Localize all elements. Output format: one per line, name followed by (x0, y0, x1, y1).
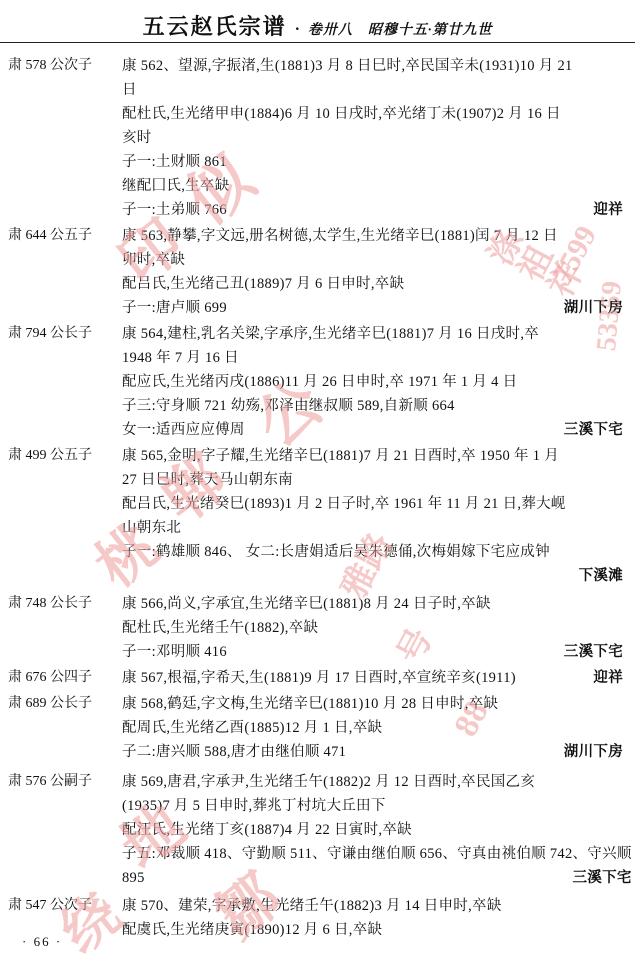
entry-line-text: 1948 年 7 月 16 日 (122, 346, 239, 370)
entry-line: 子一:唐卢顺 699湖川下房 (122, 296, 623, 320)
entry-line-text: 继配囗氏,生卒缺 (122, 174, 230, 198)
entry-line: 继配囗氏,生卒缺 (122, 174, 623, 198)
entry-line-text: 配汪氏,生光绪丁亥(1887)4 月 22 日寅时,卒缺 (122, 818, 412, 842)
entry-body: 康 564,建柱,乳名关梁,字承序,生光绪辛巳(1881)7 月 16 日戌时,… (122, 322, 635, 442)
entry-line-text: 子五:邓裁顺 418、守勤顺 511、守谦由继伯顺 656、守真由祧伯顺 742… (122, 842, 632, 866)
entry-line: 配杜氏,生光绪壬午(1882),卒缺 (122, 616, 623, 640)
entry-body: 康 566,尚义,字承宜,生光绪辛巳(1881)8 月 24 日子时,卒缺配杜氏… (122, 592, 635, 664)
entry-father-label: 肃 794 公长子 (0, 322, 122, 346)
entry-line: 子一:土财顺 861 (122, 150, 623, 174)
volume-subtitle: 卷卅八 昭穆十五·第廿九世 (308, 23, 493, 38)
entry-line-text: 配杜氏,生光绪甲申(1884)6 月 10 日戌时,卒光绪丁未(1907)2 月… (122, 102, 561, 126)
entry-father-label: 肃 689 公长子 (0, 692, 122, 716)
entry-line: 895三溪下宅 (122, 866, 632, 890)
entry-line-text: (1935)7 月 5 日申时,葬兆丁村坑大丘田下 (122, 794, 386, 818)
entry-father-label: 肃 644 公五子 (0, 224, 122, 248)
entry-line: 康 565,金明,字子耀,生光绪辛巳(1881)7 月 21 日酉时,卒 195… (122, 444, 623, 468)
page-number: · 66 · (22, 934, 62, 950)
entry-line: (1935)7 月 5 日申时,葬兆丁村坑大丘田下 (122, 794, 632, 818)
entry-line-text: 康 564,建柱,乳名关梁,字承序,生光绪辛巳(1881)7 月 16 日戌时,… (122, 322, 539, 346)
entry-line-text: 子一:鹤雄顺 846、 女二:长唐娟适后吴朱德俑,次梅娟嫁下宅应成钟 (122, 540, 550, 564)
entry-line-text: 子一:唐卢顺 699 (122, 296, 227, 320)
entry-father-label: 肃 576 公嗣子 (0, 770, 122, 794)
entry-line: 配杜氏,生光绪甲申(1884)6 月 10 日戌时,卒光绪丁未(1907)2 月… (122, 102, 623, 126)
entry-body: 康 570、建荣,字承敷,生光绪壬午(1882)3 月 14 日申时,卒缺配虞氏… (122, 894, 635, 942)
entry-line-text: 配应氏,生光绪丙戌(1886)11 月 26 日申时,卒 1971 年 1 月 … (122, 370, 517, 394)
entry-father-label: 肃 547 公次子 (0, 894, 122, 918)
title-separator: · (295, 21, 300, 38)
entry-line: 配吕氏,生光绪癸巳(1893)1 月 2 日子时,卒 1961 年 11 月 2… (122, 492, 623, 516)
genealogy-page: 五云赵氏宗谱 · 卷卅八 昭穆十五·第廿九世 肃 578 公次子康 562、望源… (0, 0, 635, 968)
entry-line-text: 子一:土弟顺 766 (122, 198, 227, 222)
entry-line: 山朝东北 (122, 516, 623, 540)
entry-row: 肃 547 公次子康 570、建荣,字承敷,生光绪壬午(1882)3 月 14 … (0, 894, 635, 942)
entry-line: 配汪氏,生光绪丁亥(1887)4 月 22 日寅时,卒缺 (122, 818, 632, 842)
entry-line-text: 配吕氏,生光绪己丑(1889)7 月 6 日申时,卒缺 (122, 272, 404, 296)
branch-tag: 三溪下宅 (564, 866, 631, 890)
branch-tag: 下溪滩 (571, 564, 623, 588)
entry-father-label: 肃 748 公长子 (0, 592, 122, 616)
entry-line: 康 564,建柱,乳名关梁,字承序,生光绪辛巳(1881)7 月 16 日戌时,… (122, 322, 623, 346)
branch-tag: 三溪下宅 (556, 418, 623, 442)
entry-body: 康 565,金明,字子耀,生光绪辛巳(1881)7 月 21 日酉时,卒 195… (122, 444, 635, 588)
entry-body: 康 569,唐君,字承尹,生光绪壬午(1882)2 月 12 日酉时,卒民国乙亥… (122, 770, 635, 890)
entry-row: 肃 499 公五子康 565,金明,字子耀,生光绪辛巳(1881)7 月 21 … (0, 444, 635, 588)
entry-line: 配应氏,生光绪丙戌(1886)11 月 26 日申时,卒 1971 年 1 月 … (122, 370, 623, 394)
branch-tag: 湖川下房 (556, 740, 623, 764)
entry-line-text: 子三:守身顺 721 幼殇,邓泽由继叔顺 589,自新顺 664 (122, 394, 455, 418)
entry-line-text: 子二:唐兴顺 588,唐才由继伯顺 471 (122, 740, 346, 764)
entry-line: 日 (122, 78, 623, 102)
entry-row: 肃 676 公四子康 567,根福,字希天,生(1881)9 月 17 日酉时,… (0, 666, 635, 690)
entry-line-text: 配杜氏,生光绪壬午(1882),卒缺 (122, 616, 318, 640)
genealogy-entries: 肃 578 公次子康 562、望源,字振渚,生(1881)3 月 8 日巳时,卒… (0, 54, 635, 944)
entry-body: 康 567,根福,字希天,生(1881)9 月 17 日酉时,卒宣统辛亥(191… (122, 666, 635, 690)
entry-line: 子一:土弟顺 766迎祥 (122, 198, 623, 222)
entry-line: 子三:守身顺 721 幼殇,邓泽由继叔顺 589,自新顺 664 (122, 394, 623, 418)
entry-line-text: 配吕氏,生光绪癸巳(1893)1 月 2 日子时,卒 1961 年 11 月 2… (122, 492, 566, 516)
entry-line: 子一:邓明顺 416三溪下宅 (122, 640, 623, 664)
entry-father-label: 肃 676 公四子 (0, 666, 122, 690)
entry-line-text: 子一:土财顺 861 (122, 150, 227, 174)
header-rule (0, 42, 635, 43)
entry-line: 康 568,鹤廷,字文梅,生光绪辛巳(1881)10 月 28 日申时,卒缺 (122, 692, 623, 716)
entry-line-text: 康 566,尚义,字承宜,生光绪辛巳(1881)8 月 24 日子时,卒缺 (122, 592, 491, 616)
entry-row: 肃 576 公嗣子康 569,唐君,字承尹,生光绪壬午(1882)2 月 12 … (0, 770, 635, 890)
entry-line-text: 康 563,静攀,字文远,册名树德,太学生,生光绪辛巳(1881)闰 7 月 1… (122, 224, 558, 248)
branch-tag: 迎祥 (585, 666, 623, 690)
entry-line: 子五:邓裁顺 418、守勤顺 511、守谦由继伯顺 656、守真由祧伯顺 742… (122, 842, 632, 866)
branch-tag: 湖川下房 (556, 296, 623, 320)
entry-line: 配吕氏,生光绪己丑(1889)7 月 6 日申时,卒缺 (122, 272, 623, 296)
entry-line-text: 27 日巳时,葬天马山朝东南 (122, 468, 293, 492)
entry-father-label: 肃 499 公五子 (0, 444, 122, 468)
entry-row: 肃 748 公长子康 566,尚义,字承宜,生光绪辛巳(1881)8 月 24 … (0, 592, 635, 664)
entry-line-text: 配周氏,生光绪乙酉(1885)12 月 1 日,卒缺 (122, 716, 382, 740)
entry-line: 康 570、建荣,字承敷,生光绪壬午(1882)3 月 14 日申时,卒缺 (122, 894, 623, 918)
entry-line: 女一:适西应应傅周三溪下宅 (122, 418, 623, 442)
entry-line-text: 康 570、建荣,字承敷,生光绪壬午(1882)3 月 14 日申时,卒缺 (122, 894, 502, 918)
entry-line: 子一:鹤雄顺 846、 女二:长唐娟适后吴朱德俑,次梅娟嫁下宅应成钟 (122, 540, 623, 564)
entry-line: 亥时 (122, 126, 623, 150)
branch-tag: 迎祥 (585, 198, 623, 222)
entry-line: 康 563,静攀,字文远,册名树德,太学生,生光绪辛巳(1881)闰 7 月 1… (122, 224, 623, 248)
entry-row: 肃 578 公次子康 562、望源,字振渚,生(1881)3 月 8 日巳时,卒… (0, 54, 635, 222)
entry-body: 康 562、望源,字振渚,生(1881)3 月 8 日巳时,卒民国辛未(1931… (122, 54, 635, 222)
entry-line-text: 康 567,根福,字希天,生(1881)9 月 17 日酉时,卒宣统辛亥(191… (122, 666, 516, 690)
entry-line: 27 日巳时,葬天马山朝东南 (122, 468, 623, 492)
entry-line: 1948 年 7 月 16 日 (122, 346, 623, 370)
entry-line-text: 康 568,鹤廷,字文梅,生光绪辛巳(1881)10 月 28 日申时,卒缺 (122, 692, 498, 716)
entry-line-text: 配虞氏,生光绪庚寅(1890)12 月 6 日,卒缺 (122, 918, 382, 942)
entry-line: 康 566,尚义,字承宜,生光绪辛巳(1881)8 月 24 日子时,卒缺 (122, 592, 623, 616)
entry-row: 肃 689 公长子康 568,鹤廷,字文梅,生光绪辛巳(1881)10 月 28… (0, 692, 635, 764)
branch-tag: 三溪下宅 (556, 640, 623, 664)
entry-line: 配周氏,生光绪乙酉(1885)12 月 1 日,卒缺 (122, 716, 623, 740)
page-header: 五云赵氏宗谱 · 卷卅八 昭穆十五·第廿九世 (0, 10, 635, 41)
entry-father-label: 肃 578 公次子 (0, 54, 122, 78)
entry-body: 康 563,静攀,字文远,册名树德,太学生,生光绪辛巳(1881)闰 7 月 1… (122, 224, 635, 320)
entry-line: 子二:唐兴顺 588,唐才由继伯顺 471湖川下房 (122, 740, 623, 764)
entry-line-text: 亥时 (122, 126, 152, 150)
entry-line-text: 康 569,唐君,字承尹,生光绪壬午(1882)2 月 12 日酉时,卒民国乙亥 (122, 770, 535, 794)
entry-line: 下溪滩 (122, 564, 623, 588)
entry-line: 卯时,卒缺 (122, 248, 623, 272)
entry-line-text: 卯时,卒缺 (122, 248, 185, 272)
entry-line-text: 康 565,金明,字子耀,生光绪辛巳(1881)7 月 21 日酉时,卒 195… (122, 444, 559, 468)
entry-line: 康 567,根福,字希天,生(1881)9 月 17 日酉时,卒宣统辛亥(191… (122, 666, 623, 690)
entry-line-text: 康 562、望源,字振渚,生(1881)3 月 8 日巳时,卒民国辛未(1931… (122, 54, 573, 78)
entry-line-text: 895 (122, 866, 145, 890)
entry-line-text: 山朝东北 (122, 516, 181, 540)
entry-body: 康 568,鹤廷,字文梅,生光绪辛巳(1881)10 月 28 日申时,卒缺配周… (122, 692, 635, 764)
entry-line: 康 569,唐君,字承尹,生光绪壬午(1882)2 月 12 日酉时,卒民国乙亥 (122, 770, 632, 794)
entry-line-text: 女一:适西应应傅周 (122, 418, 245, 442)
entry-line-text: 子一:邓明顺 416 (122, 640, 227, 664)
entry-line-text: 日 (122, 78, 137, 102)
genealogy-title: 五云赵氏宗谱 (143, 14, 287, 39)
entry-row: 肃 644 公五子康 563,静攀,字文远,册名树德,太学生,生光绪辛巳(188… (0, 224, 635, 320)
entry-line: 康 562、望源,字振渚,生(1881)3 月 8 日巳时,卒民国辛未(1931… (122, 54, 623, 78)
entry-row: 肃 794 公长子康 564,建柱,乳名关梁,字承序,生光绪辛巳(1881)7 … (0, 322, 635, 442)
entry-line: 配虞氏,生光绪庚寅(1890)12 月 6 日,卒缺 (122, 918, 623, 942)
